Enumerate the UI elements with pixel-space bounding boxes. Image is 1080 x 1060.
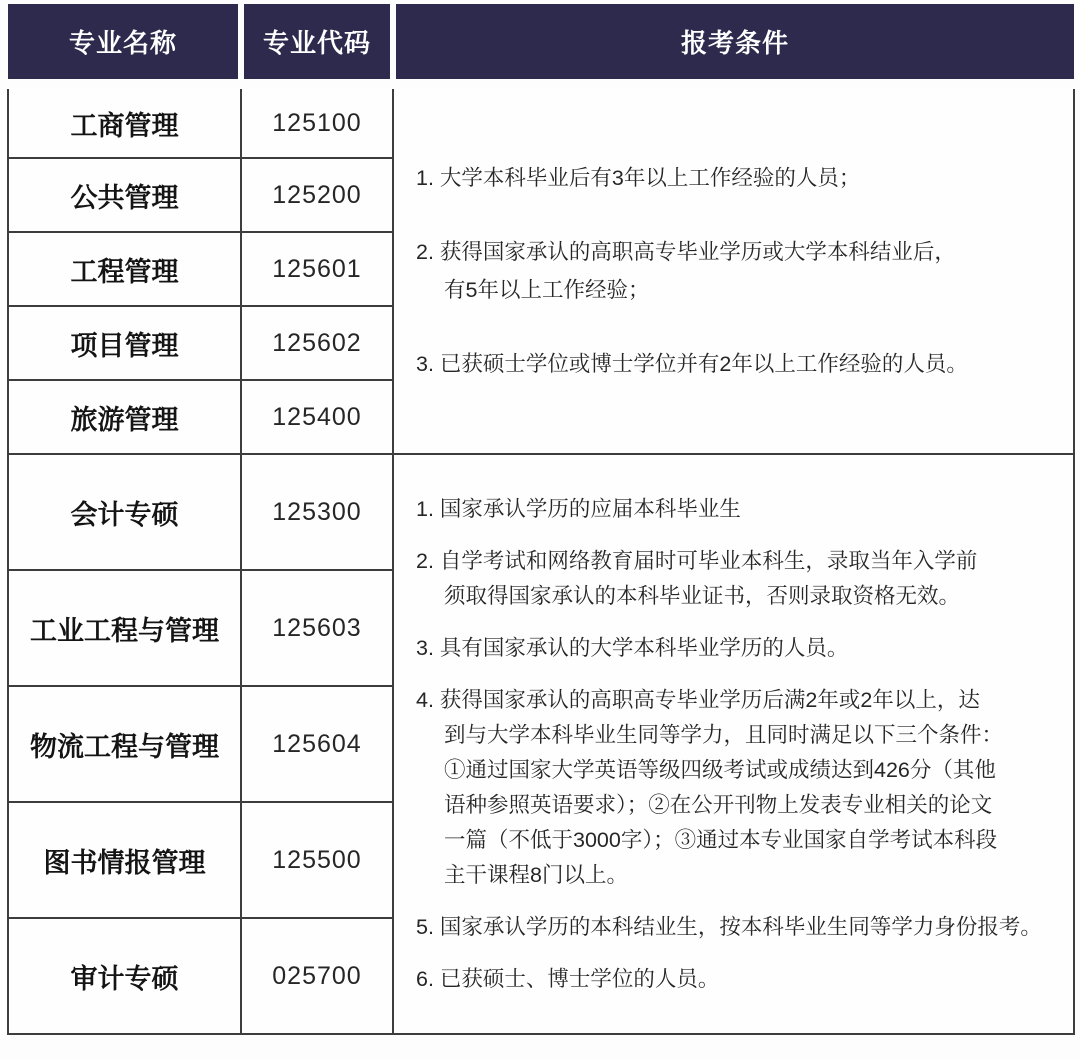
column-header-major-name: 专业名称 <box>8 4 241 84</box>
requirement-item: 2. 自学考试和网络教育届时可毕业本科生，录取当年入学前 须取得国家承认的本科毕… <box>416 544 1063 614</box>
major-code-cell: 125400 <box>241 380 393 454</box>
table-row: 工商管理 125100 1. 大学本科毕业后有3年以上工作经验的人员； 2. 获… <box>8 84 1074 158</box>
major-name-cell: 项目管理 <box>8 306 241 380</box>
requirement-item: 2. 获得国家承认的高职高专毕业学历或大学本科结业后， 有5年以上工作经验； <box>416 233 1063 309</box>
major-name-cell: 工商管理 <box>8 84 241 158</box>
major-name-cell: 图书情报管理 <box>8 802 241 918</box>
column-header-major-code: 专业代码 <box>241 4 393 84</box>
major-name-cell: 物流工程与管理 <box>8 686 241 802</box>
requirement-item: 1. 大学本科毕业后有3年以上工作经验的人员； <box>416 159 1063 197</box>
requirement-item: 1. 国家承认学历的应届本科毕业生 <box>416 492 1063 527</box>
major-code-cell: 125604 <box>241 686 393 802</box>
major-name-cell: 旅游管理 <box>8 380 241 454</box>
major-name-cell: 审计专硕 <box>8 918 241 1034</box>
major-code-cell: 125100 <box>241 84 393 158</box>
table-row: 会计专硕 125300 1. 国家承认学历的应届本科毕业生 2. 自学考试和网络… <box>8 454 1074 570</box>
column-header-requirements: 报考条件 <box>393 4 1074 84</box>
requirement-item: 3. 具有国家承认的大学本科毕业学历的人员。 <box>416 631 1063 666</box>
requirements-cell-group-1: 1. 大学本科毕业后有3年以上工作经验的人员； 2. 获得国家承认的高职高专毕业… <box>393 84 1074 454</box>
header-row: 专业名称 专业代码 报考条件 <box>8 4 1074 84</box>
major-code-cell: 125300 <box>241 454 393 570</box>
major-code-cell: 125500 <box>241 802 393 918</box>
major-code-cell: 125603 <box>241 570 393 686</box>
requirement-item: 5. 国家承认学历的本科结业生，按本科毕业生同等学力身份报考。 <box>416 910 1063 945</box>
major-code-cell: 025700 <box>241 918 393 1034</box>
major-code-cell: 125200 <box>241 158 393 232</box>
major-code-cell: 125601 <box>241 232 393 306</box>
requirement-item: 3. 已获硕士学位或博士学位并有2年以上工作经验的人员。 <box>416 345 1063 383</box>
majors-requirements-table: 专业名称 专业代码 报考条件 工商管理 125100 1. 大学本科毕业后有3年… <box>7 4 1075 1035</box>
requirement-item: 6. 已获硕士、博士学位的人员。 <box>416 962 1063 997</box>
major-name-cell: 工程管理 <box>8 232 241 306</box>
major-name-cell: 会计专硕 <box>8 454 241 570</box>
major-code-cell: 125602 <box>241 306 393 380</box>
major-name-cell: 工业工程与管理 <box>8 570 241 686</box>
requirement-item: 4. 获得国家承认的高职高专毕业学历后满2年或2年以上，达 到与大学本科毕业生同… <box>416 683 1063 893</box>
requirements-cell-group-2: 1. 国家承认学历的应届本科毕业生 2. 自学考试和网络教育届时可毕业本科生，录… <box>393 454 1074 1034</box>
admissions-table-page: 专业名称 专业代码 报考条件 工商管理 125100 1. 大学本科毕业后有3年… <box>0 0 1080 1060</box>
major-name-cell: 公共管理 <box>8 158 241 232</box>
